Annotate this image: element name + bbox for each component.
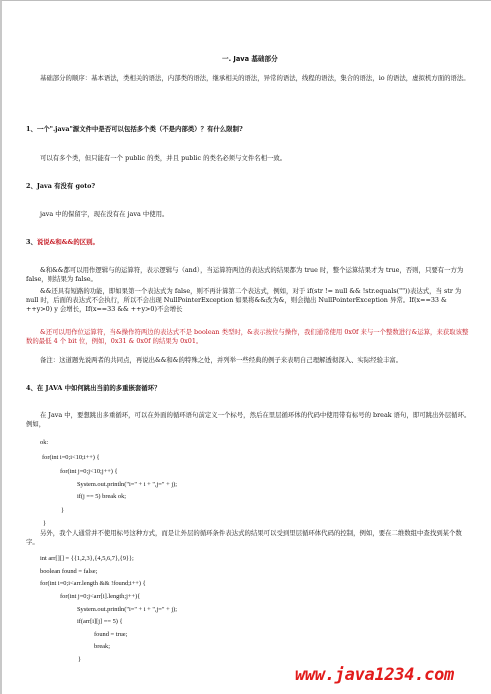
code-line: int arr[][] = {{1,2,3},{4,5,6,7},{9}};: [40, 554, 134, 563]
watermark: www.java1234.com: [295, 665, 454, 685]
intro-paragraph: 基础部分的顺序：基本语法，类相关的语法，内部类的语法，继承相关的语法，异常的语法…: [26, 74, 474, 83]
document-page: 一. Java 基础部分 基础部分的顺序：基本语法，类相关的语法，内部类的语法，…: [0, 0, 491, 694]
section-3-note: 备注：这道题先说两者的共同点，再说出&&和&的特殊之处，并列举一些经典的例子来表…: [40, 356, 402, 365]
section-1-heading: 1、一个".java"源文件中是否可以包括多个类（不是内部类）？有什么限制?: [26, 125, 243, 134]
code-line: boolean found = false;: [40, 567, 97, 576]
code-line: }: [43, 519, 46, 528]
section-3-number: 3、: [26, 238, 37, 246]
code-line: for(int j=0;j<arr[i].length;j++){: [60, 592, 140, 601]
code-line: if(j == 5) break ok;: [77, 492, 126, 501]
code-line: found = true;: [94, 630, 127, 639]
section-3-paragraph-2: &&还具有短路的功能，即如果第一个表达式为 false，则不再计算第二个表达式，…: [26, 287, 474, 314]
code-line: for(int j=0;j<10;j++) {: [60, 467, 118, 476]
code-line: }: [61, 506, 64, 515]
code-line: System.out.println("i=" + i + ",j=" + j)…: [77, 605, 177, 614]
section-3-paragraph-1: &和&&都可以用作逻辑与的运算符，表示逻辑与（and），当运算符两边的表达式的结…: [26, 266, 474, 284]
section-3-title: 说说&和&&的区别。: [37, 238, 99, 246]
code-line: System.out.println("i=" + i + ",j=" + j)…: [77, 480, 177, 489]
section-2-answer: java 中的保留字，现在没有在 java 中使用。: [40, 210, 168, 219]
section-3-paragraph-3: &还可以用作位运算符，当&操作符两边的表达式不是 boolean 类型时，&表示…: [26, 328, 474, 346]
code-line: if(arr[i][j] == 5) {: [77, 617, 123, 626]
code-line: ok:: [40, 438, 48, 447]
code-line: break;: [94, 642, 110, 651]
section-1-answer: 可以有多个类，但只能有一个 public 的类，并且 public 的类名必须与…: [40, 154, 286, 163]
code-line: }: [78, 655, 81, 664]
section-4-heading: 4、在 JAVA 中如何跳出当前的多重嵌套循环？: [26, 384, 160, 393]
code-line: for(int i=0;i<arr.length && !found;i++) …: [40, 579, 146, 588]
page-title: 一. Java 基础部分: [222, 55, 278, 64]
section-2-heading: 2、Java 有没有 goto?: [26, 182, 95, 191]
code-line: for(int i=0;i<10;i++) {: [42, 453, 100, 462]
section-4-paragraph-1: 在 Java 中，要想跳出多重循环，可以在外面的循环语句前定义一个标号，然后在里…: [26, 411, 474, 429]
section-3-heading: 3、说说&和&&的区别。: [26, 238, 99, 247]
section-4-paragraph-2: 另外，我个人通常并不使用标号这种方式，而是让外层的循环条件表达式的结果可以受到里…: [26, 529, 474, 547]
